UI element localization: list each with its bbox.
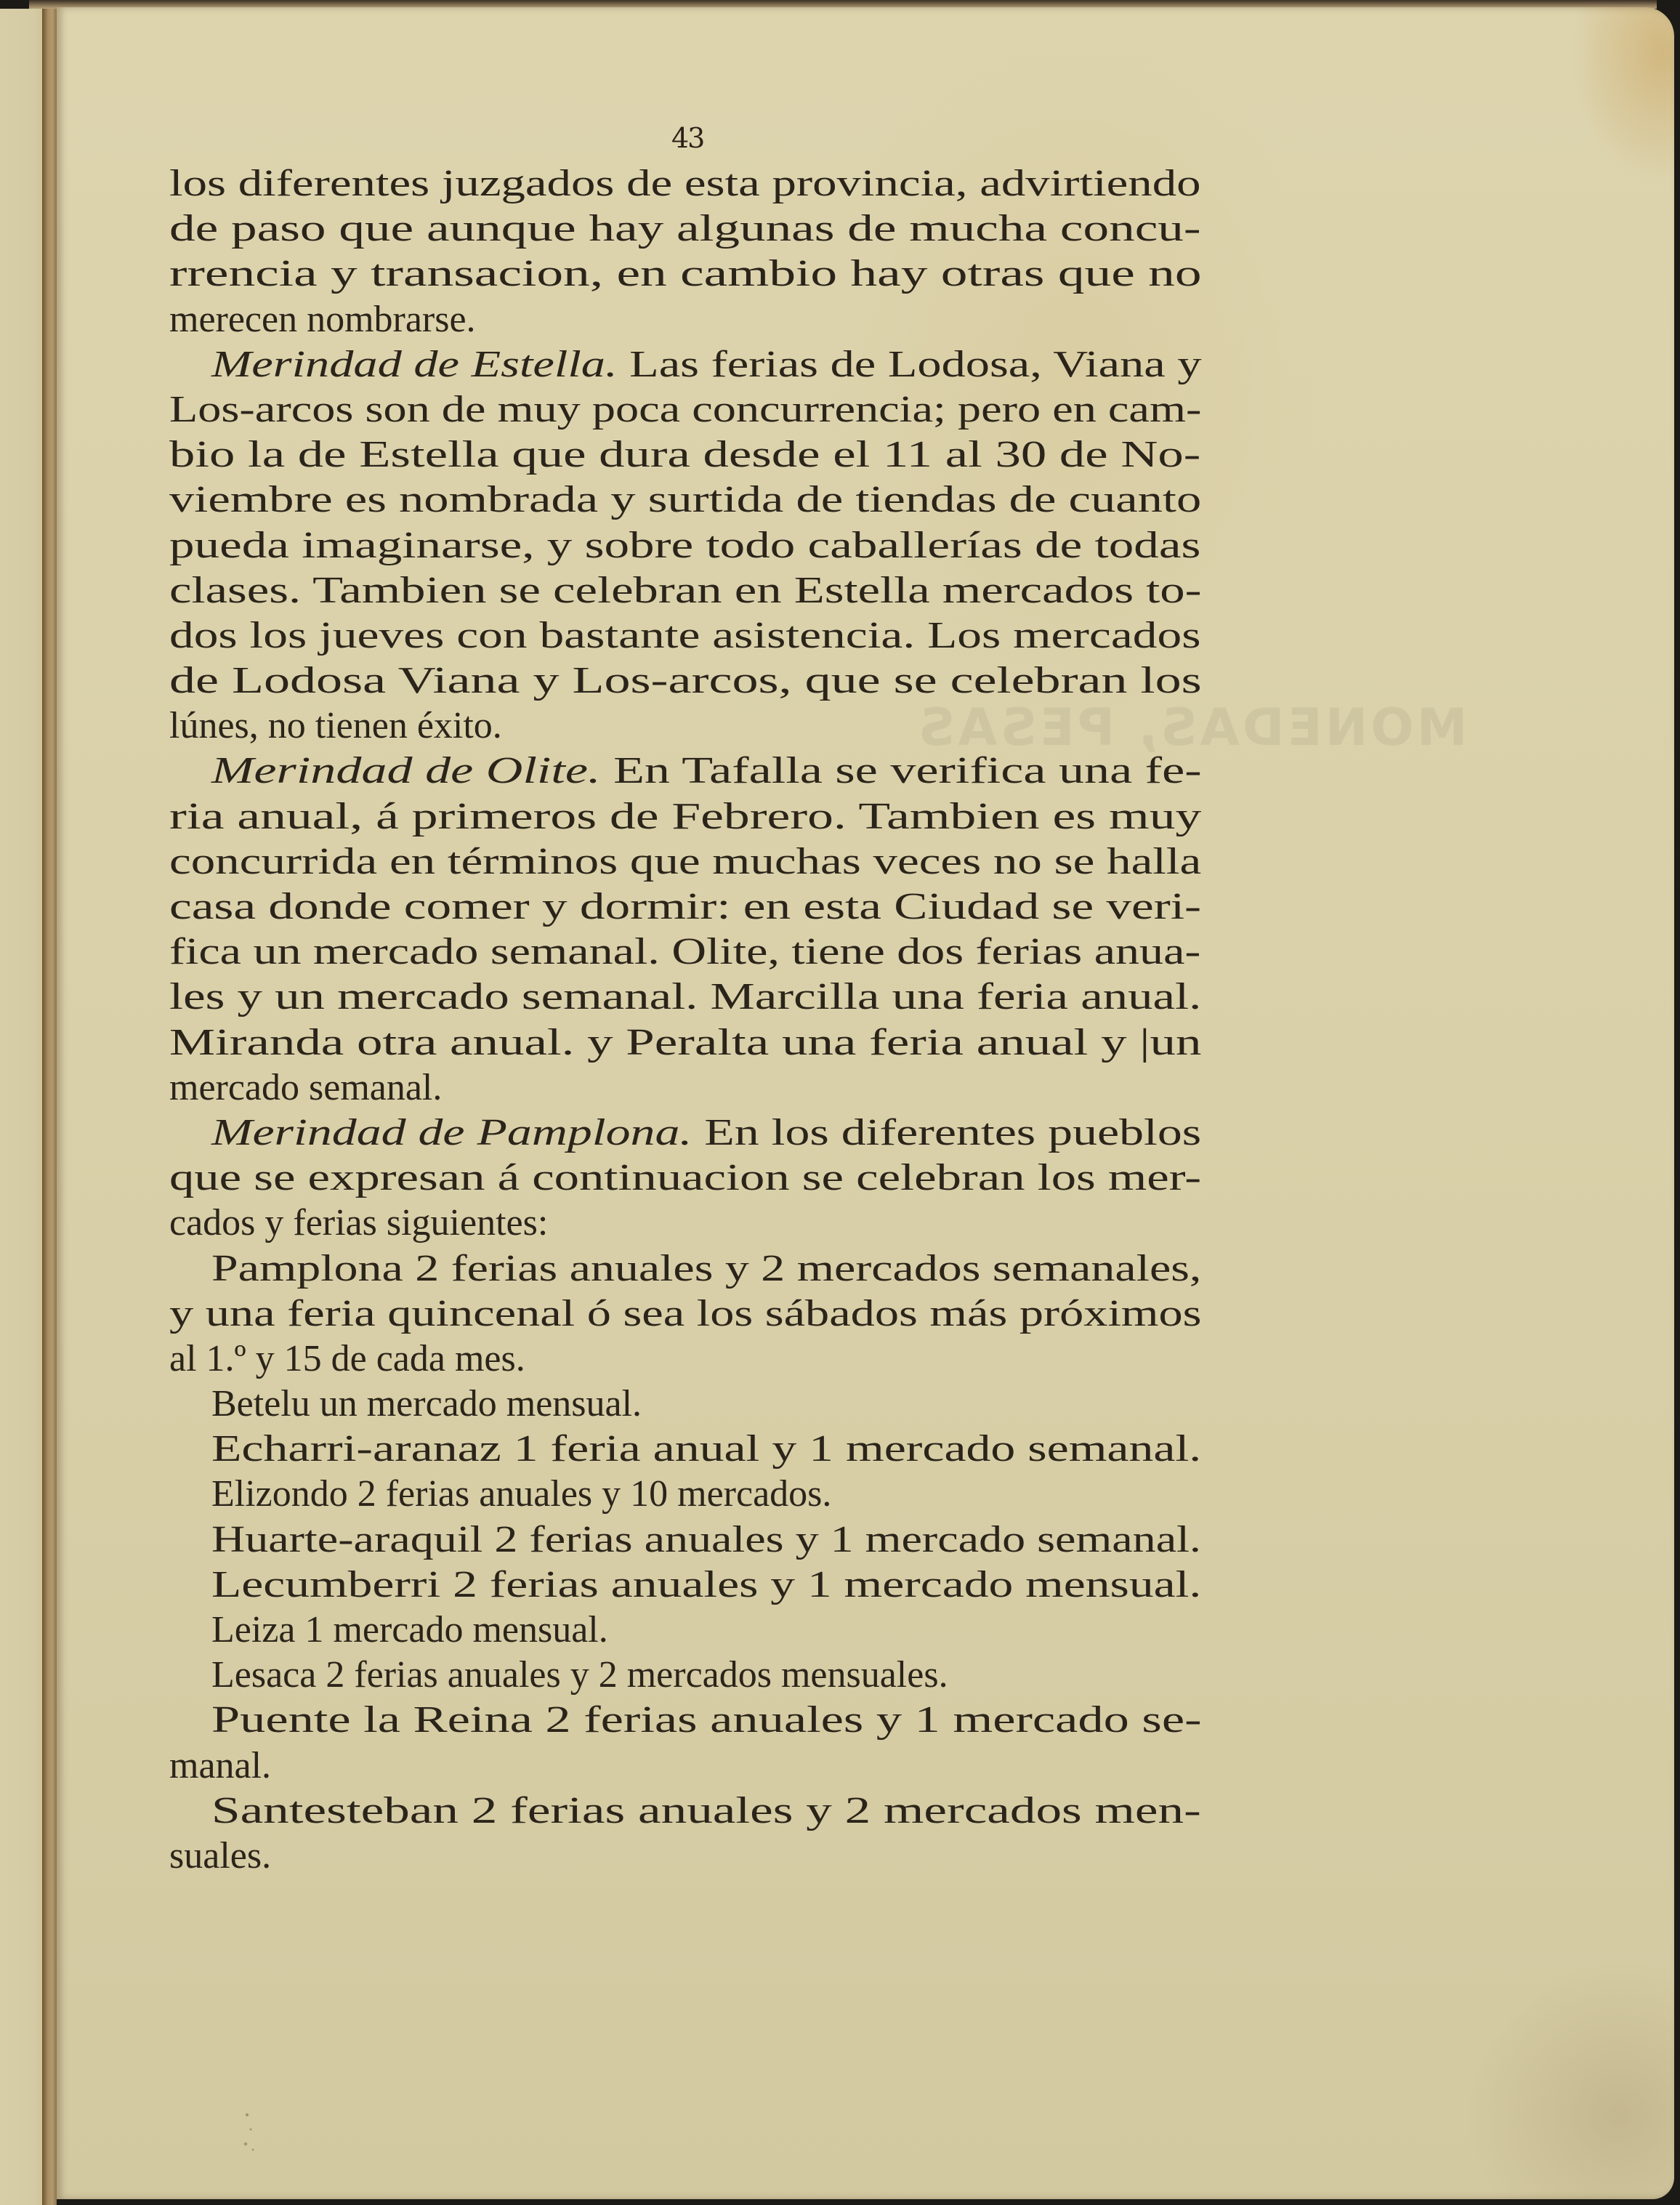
text-line: fica un mercado semanal. Olite, tiene do… (169, 930, 1201, 975)
text-line: clases. Tambien se celebran en Estella m… (169, 568, 1201, 613)
list-item: Lesaca 2 ferias anuales y 2 mercados men… (169, 1653, 1201, 1698)
text-line: lúnes, no tienen éxito. (169, 704, 1201, 749)
list-item: Elizondo 2 ferias anuales y 10 mercados. (169, 1472, 1201, 1517)
section-heading-line-pamplona: Merindad de Pamplona. En los diferentes … (169, 1110, 1201, 1156)
text-line: al 1.º y 15 de cada mes. (169, 1337, 1201, 1382)
body-text: los diferentes juzgados de esta provinci… (169, 161, 1201, 1879)
list-item: Huarte-araquil 2 ferias anuales y 1 merc… (169, 1517, 1201, 1563)
text-line: mercado semanal. (169, 1065, 1201, 1110)
merindad-heading: Merindad de Estella. (211, 344, 618, 385)
book-gutter (42, 9, 57, 2205)
list-item: Santesteban 2 ferias anuales y 2 mercado… (169, 1789, 1201, 1834)
section-heading-line-estella: Merindad de Estella. Las ferias de Lodos… (169, 342, 1201, 387)
text-line: bio la de Estella que dura desde el 11 a… (169, 432, 1201, 477)
text-line: ria anual, á primeros de Febrero. Tambie… (169, 794, 1201, 839)
text-line: y una feria quincenal ó sea los sábados … (169, 1291, 1201, 1337)
list-item: Leiza 1 mercado mensual. (169, 1608, 1201, 1653)
text-line: suales. (169, 1834, 1201, 1879)
text-line: manal. (169, 1744, 1201, 1789)
text-line: que se expresan á continuacion se celebr… (169, 1156, 1201, 1201)
merindad-heading: Merindad de Olite. (211, 750, 601, 791)
text-line: Miranda otra anual. y Peralta una feria … (169, 1020, 1201, 1065)
text-line: viembre es nombrada y surtida de tiendas… (169, 477, 1201, 523)
text-line: pueda imaginarse, y sobre todo caballerí… (169, 523, 1201, 568)
merindad-heading: Merindad de Pamplona. (211, 1112, 692, 1153)
text-line: casa donde comer y dormir: en esta Ciuda… (169, 884, 1201, 930)
text-line: concurrida en términos que muchas veces … (169, 839, 1201, 884)
facing-page-edge (0, 9, 42, 2205)
ink-specks (240, 2108, 262, 2158)
list-item: Puente la Reina 2 ferias anuales y 1 mer… (169, 1698, 1201, 1743)
list-item: Betelu un mercado mensual. (169, 1382, 1201, 1427)
text-line: de paso que aunque hay algunas de mucha … (169, 206, 1201, 251)
scanned-book-spread: MONEDAS, PESAS 43 los diferentes juzgado… (0, 0, 1680, 2205)
page-number: 43 (671, 122, 703, 154)
text-line: merecen nombrarse. (169, 297, 1201, 342)
text-line: Los-arcos son de muy poca concurrencia; … (169, 387, 1201, 432)
text-line: les y un mercado semanal. Marcilla una f… (169, 975, 1201, 1020)
list-item: Pamplona 2 ferias anuales y 2 mercados s… (169, 1246, 1201, 1291)
text-line: dos los jueves con bastante asistencia. … (169, 613, 1201, 658)
section-heading-line-olite: Merindad de Olite. En Tafalla se verific… (169, 749, 1201, 794)
text-line: rrencia y transacion, en cambio hay otra… (169, 251, 1201, 297)
text-line: cados y ferias siguientes: (169, 1201, 1201, 1246)
text-line: de Lodosa Viana y Los-arcos, que se cele… (169, 658, 1201, 704)
list-item: Echarri-aranaz 1 feria anual y 1 mercado… (169, 1427, 1201, 1472)
list-item: Lecumberri 2 ferias anuales y 1 mercado … (169, 1563, 1201, 1608)
text-line: los diferentes juzgados de esta provinci… (169, 161, 1201, 206)
